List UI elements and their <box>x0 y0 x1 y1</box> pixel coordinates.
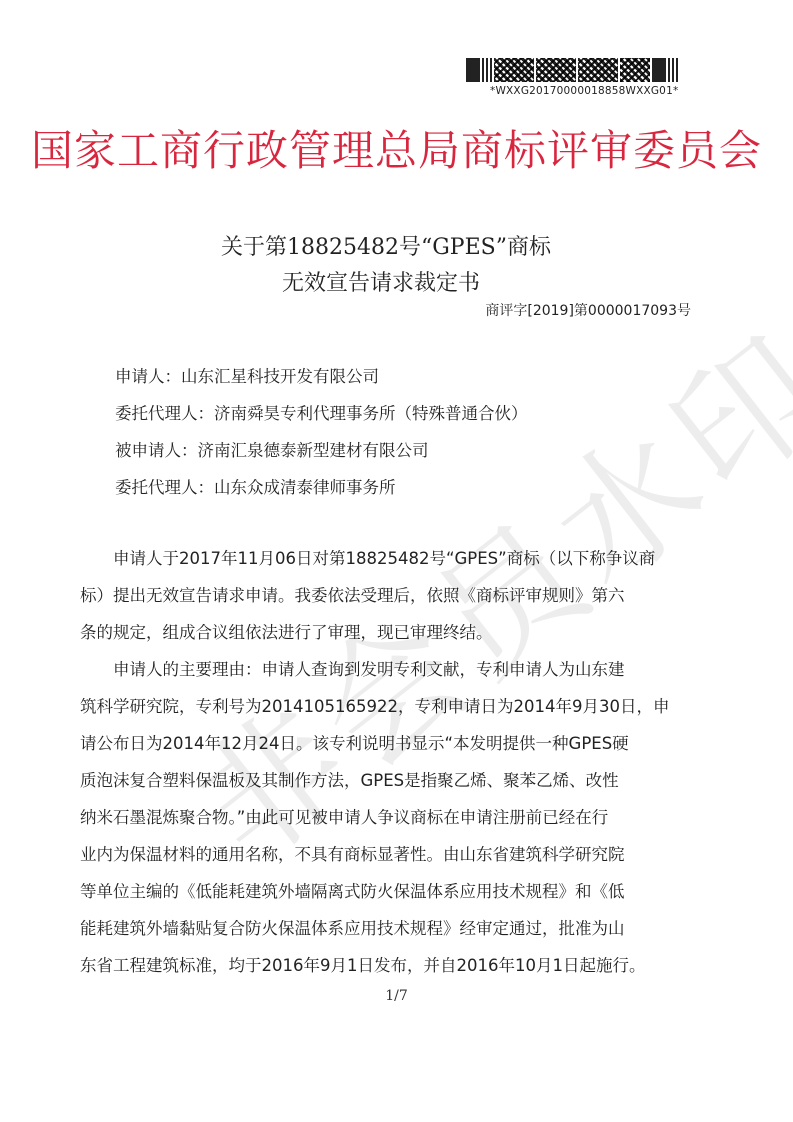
text-line: 条的规定，组成合议组依法进行了审理，现已审理终结。 <box>80 614 710 651</box>
text-line: 质泡沫复合塑料保温板及其制作方法，GPES是指聚乙烯、聚苯乙烯、改性 <box>80 762 710 799</box>
text-line: 申请人的主要理由：申请人查询到发明专利文献，专利申请人为山东建 <box>80 651 710 688</box>
organization-title: 国家工商行政管理总局商标评审委员会 <box>0 118 793 178</box>
text-line: 东省工程建筑标准，均于2016年9月1日发布，并自2016年10月1日起施行。 <box>80 947 710 984</box>
text-line: 纳米石墨混炼聚合物。”由此可见被申请人争议商标在申请注册前已经在行 <box>80 799 710 836</box>
page-number: 1/7 <box>0 988 793 1004</box>
party-value: 济南汇泉德泰新型建材有限公司 <box>198 441 429 460</box>
document-body: 申请人于2017年11月06日对第18825482号“GPES”商标（以下称争议… <box>80 540 710 984</box>
paragraph-reasons: 申请人的主要理由：申请人查询到发明专利文献，专利申请人为山东建 筑科学研究院，专… <box>80 651 710 984</box>
text-line: 能耗建筑外墙黏贴复合防火保温体系应用技术规程》经审定通过，批准为山 <box>80 910 710 947</box>
text-line: 业内为保温材料的通用名称，不具有商标显著性。由山东省建筑科学研究院 <box>80 836 710 873</box>
text-line: 标）提出无效宣告请求申请。我委依法受理后，依照《商标评审规则》第六 <box>80 577 710 614</box>
party-value: 山东汇星科技开发有限公司 <box>181 367 379 386</box>
text-line: 申请人于2017年11月06日对第18825482号“GPES”商标（以下称争议… <box>80 540 710 577</box>
barcode-text: *WXXG20170000018858WXXG01* <box>490 85 678 97</box>
document-title-line2: 无效宣告请求裁定书 <box>282 266 480 297</box>
party-respondent: 被申请人：济南汇泉德泰新型建材有限公司 <box>115 432 528 469</box>
parties-list: 申请人：山东汇星科技开发有限公司 委托代理人：济南舜昊专利代理事务所（特殊普通合… <box>115 358 528 506</box>
barcode-icon <box>466 58 682 82</box>
document-title-line1: 关于第18825482号“GPES”商标 <box>221 230 551 261</box>
text-line: 筑科学研究院，专利号为2014105165922，专利申请日为2014年9月30… <box>80 688 710 725</box>
party-label: 申请人： <box>115 367 181 386</box>
party-value: 山东众成清泰律师事务所 <box>214 478 396 497</box>
text-line: 请公布日为2014年12月24日。该专利说明书显示“本发明提供一种GPES硬 <box>80 725 710 762</box>
paragraph-procedure: 申请人于2017年11月06日对第18825482号“GPES”商标（以下称争议… <box>80 540 710 651</box>
party-label: 委托代理人： <box>115 478 214 497</box>
party-value: 济南舜昊专利代理事务所（特殊普通合伙） <box>214 404 528 423</box>
text-line: 等单位主编的《低能耗建筑外墙隔离式防火保温体系应用技术规程》和《低 <box>80 873 710 910</box>
party-label: 被申请人： <box>115 441 198 460</box>
party-applicant: 申请人：山东汇星科技开发有限公司 <box>115 358 528 395</box>
party-respondent-agent: 委托代理人：山东众成清泰律师事务所 <box>115 469 528 506</box>
document-number: 商评字[2019]第0000017093号 <box>485 300 691 320</box>
party-label: 委托代理人： <box>115 404 214 423</box>
party-applicant-agent: 委托代理人：济南舜昊专利代理事务所（特殊普通合伙） <box>115 395 528 432</box>
